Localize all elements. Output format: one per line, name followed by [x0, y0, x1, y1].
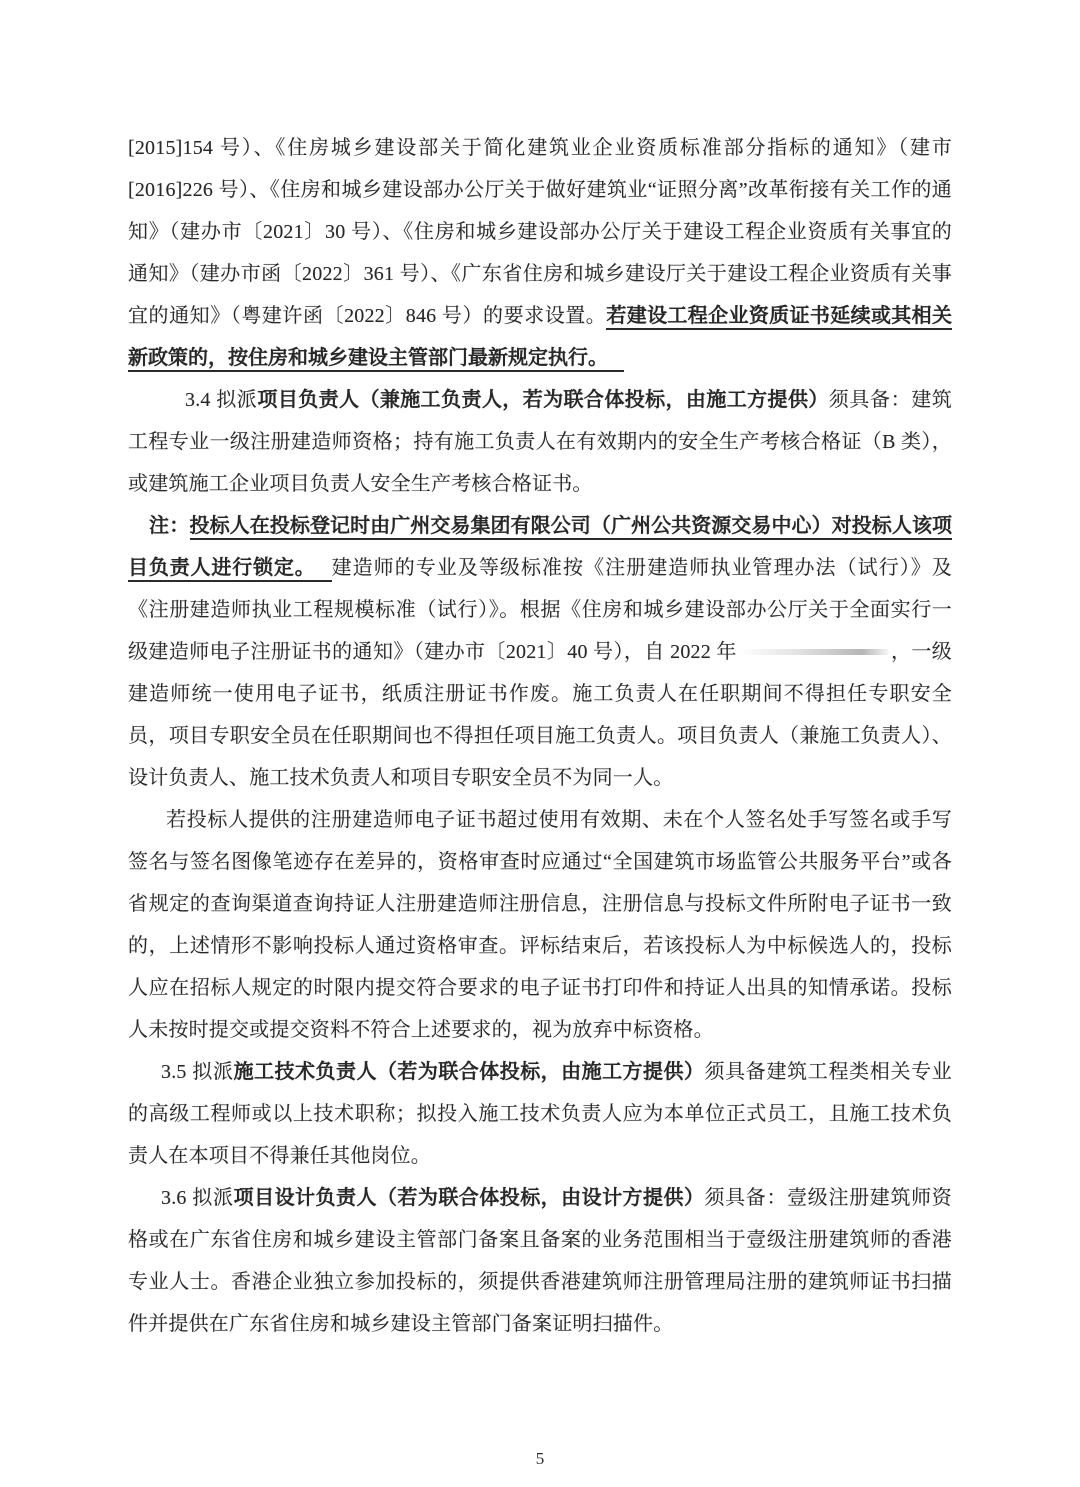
paragraph-note-registration-lock: 注：投标人在投标登记时由广州交易集团有限公司（广州公共资源交易中心）对投标人该项… — [128, 505, 952, 799]
paragraph-qualification-references: [2015]154 号）、《住房城乡建设部关于简化建筑业企业资质标准部分指标的通… — [128, 127, 952, 379]
text-run: ，一级建造师统一使用电子证书，纸质注册证书作废。施工负责人在任职期间不得担任专职… — [128, 641, 952, 789]
text-run-bold: 项目负责人（兼施工负责人，若为联合体投标，由施工方提供） — [257, 389, 828, 411]
redacted-blank — [739, 649, 889, 655]
text-run: 须具备：壹级注册建筑师资格或在广东省住房和城乡建设主管部门备案且备案的业务范围相… — [128, 1187, 952, 1335]
text-run-bold: 施工技术负责人（若为联合体投标，由施工方提供） — [234, 1061, 705, 1083]
note-label: 注： — [149, 515, 190, 537]
page-number: 5 — [0, 1449, 1080, 1469]
text-run: 3.4 拟派 — [185, 389, 257, 411]
text-run: [2015]154 号）、《住房城乡建设部关于简化建筑业企业资质标准部分指标的通… — [128, 137, 952, 327]
text-run: 3.5 拟派 — [161, 1061, 234, 1083]
document-body: [2015]154 号）、《住房城乡建设部关于简化建筑业企业资质标准部分指标的通… — [128, 127, 952, 1345]
document-page: [2015]154 号）、《住房城乡建设部关于简化建筑业企业资质标准部分指标的通… — [0, 0, 1080, 1487]
paragraph-3-6-design-leader: 3.6 拟派项目设计负责人（若为联合体投标，由设计方提供）须具备：壹级注册建筑师… — [128, 1177, 952, 1345]
text-run: 3.6 拟派 — [161, 1187, 234, 1209]
paragraph-3-5-technical-leader: 3.5 拟派施工技术负责人（若为联合体投标，由施工方提供）须具备建筑工程类相关专… — [128, 1051, 952, 1177]
paragraph-certificate-verification: 若投标人提供的注册建造师电子证书超过使用有效期、未在个人签名处手写签名或手写签名… — [128, 799, 952, 1051]
text-run-bold: 项目设计负责人（若为联合体投标，由设计方提供） — [234, 1187, 705, 1209]
paragraph-3-4-project-leader: 3.4 拟派项目负责人（兼施工负责人，若为联合体投标，由施工方提供）须具备：建筑… — [128, 379, 952, 505]
text-run: 若投标人提供的注册建造师电子证书超过使用有效期、未在个人签名处手写签名或手写签名… — [128, 809, 952, 1041]
